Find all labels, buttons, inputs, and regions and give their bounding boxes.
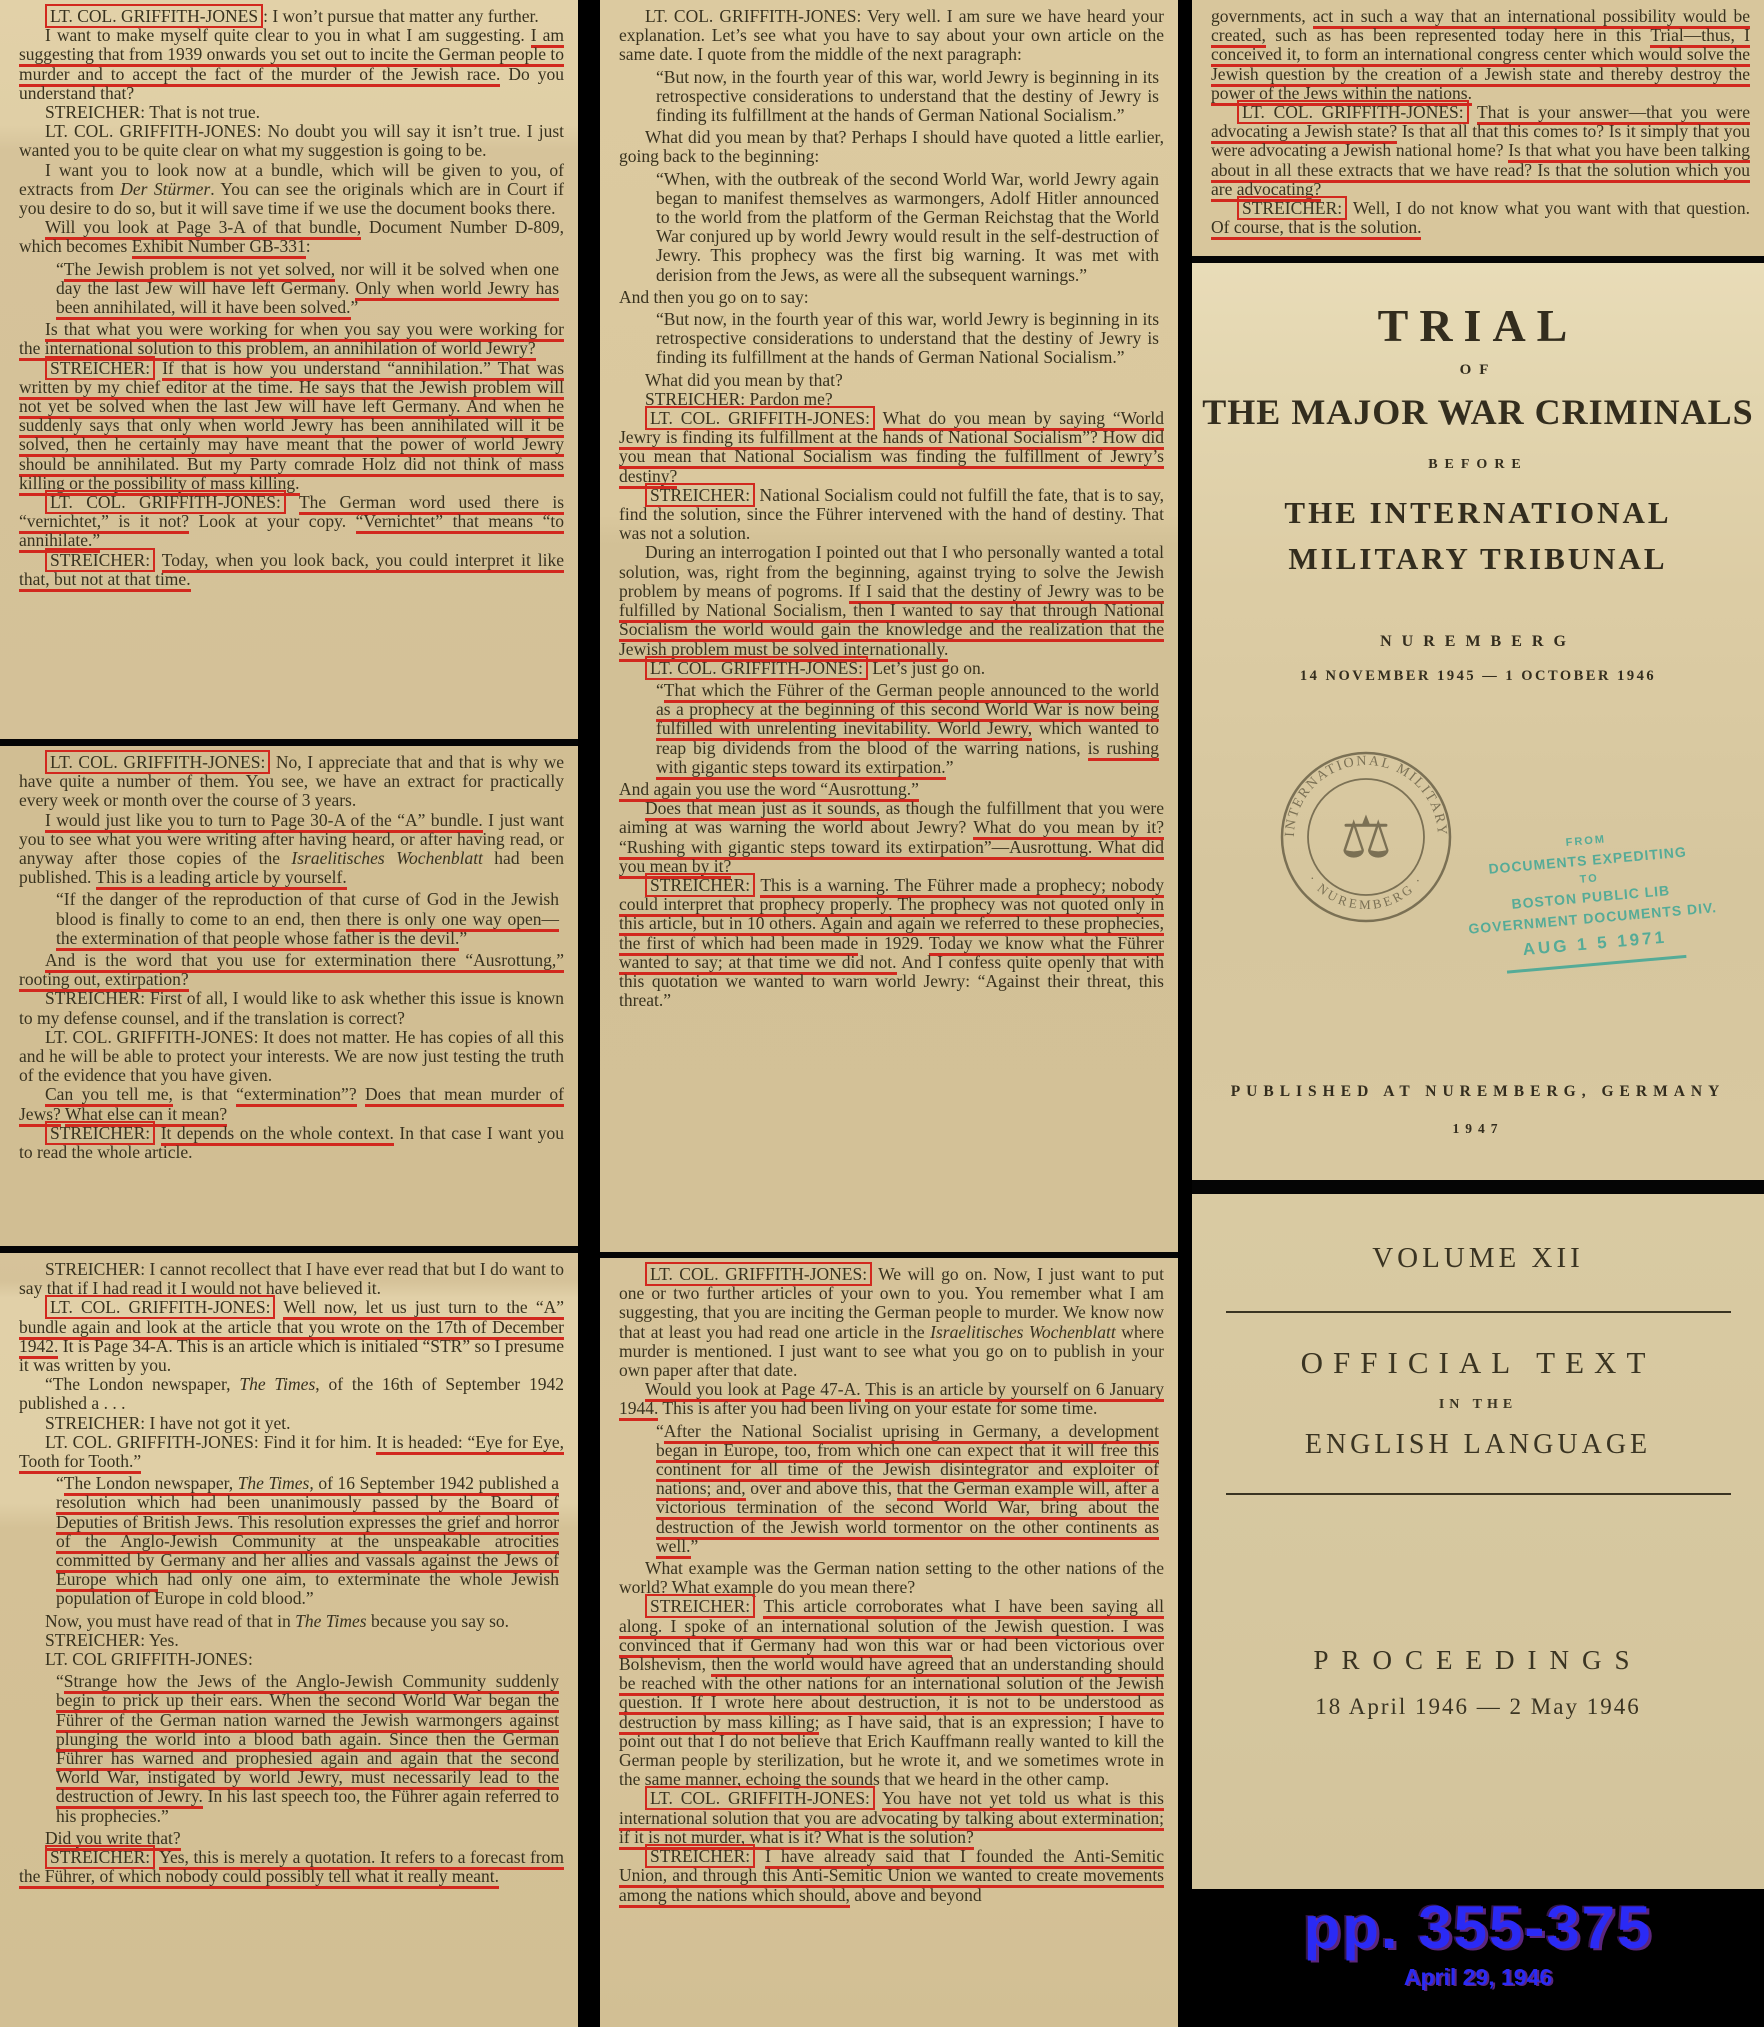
- text-segment: STREICHER: I cannot recollect that I hav…: [19, 1259, 564, 1298]
- transcript-paragraph: LT. COL. GRIFFITH-JONES: No, I appreciat…: [19, 753, 564, 811]
- transcript-paragraph: STREICHER: Yes, this is merely a quotati…: [19, 1848, 564, 1886]
- text-segment: “But now, in the fourth year of this war…: [656, 309, 1159, 367]
- scan-page: LT. COL. GRIFFITH-JONES: Very well. I am…: [600, 0, 1178, 1252]
- transcript-paragraph: STREICHER: I have already said that I fo…: [619, 1847, 1164, 1905]
- quoted-extract: “But now, in the fourth year of this war…: [656, 310, 1159, 368]
- text-segment: LT. COL GRIFFITH-JONES:: [45, 1649, 253, 1669]
- red-underlined-text: It depends on the whole context.: [161, 1123, 394, 1146]
- svg-text:⚖: ⚖: [1340, 805, 1392, 870]
- text-segment: [1469, 102, 1477, 122]
- text-segment: The Times: [295, 1611, 366, 1631]
- transcript-paragraph: I would just like you to turn to Page 30…: [19, 811, 564, 888]
- text-segment: What did you mean by that?: [645, 370, 843, 390]
- transcript-column-left: LT. COL. GRIFFITH-JONES: I won’t pursue …: [0, 0, 578, 2027]
- transcript-paragraph: LT. COL. GRIFFITH-JONES: We will go on. …: [619, 1265, 1164, 1380]
- title-page: TRIAL OF THE MAJOR WAR CRIMINALS BEFORE …: [1192, 263, 1764, 1180]
- quoted-extract: “The Jewish problem is not yet solved, n…: [56, 260, 559, 318]
- text-segment: [155, 1123, 161, 1143]
- transcript-paragraph: LT. COL. GRIFFITH-JONES: The German word…: [19, 493, 564, 551]
- transcript-paragraph: Does that mean just as it sounds, as tho…: [619, 799, 1164, 876]
- text-segment: :: [306, 236, 311, 256]
- text-segment: “When, with the outbreak of the second W…: [656, 169, 1159, 285]
- transcript-paragraph: governments, act in such a way that an i…: [1211, 7, 1750, 103]
- transcript-paragraph: STREICHER: I cannot recollect that I hav…: [19, 1260, 564, 1298]
- text-segment: Israelitisches Wochenblatt: [291, 848, 483, 868]
- transcript-paragraph: STREICHER: Yes.: [19, 1631, 564, 1650]
- quoted-extract: “When, with the outbreak of the second W…: [656, 170, 1159, 285]
- title-international: THE INTERNATIONAL: [1192, 495, 1764, 531]
- speaker-name: LT. COL. GRIFFITH-JONES:: [645, 656, 868, 680]
- page-range-label: pp. 355-375: [1192, 1889, 1764, 1962]
- text-segment: Let’s just go on.: [868, 658, 985, 678]
- transcript-paragraph: LT. COL. GRIFFITH-JONES: That is your an…: [1211, 103, 1750, 199]
- page-range-footer: pp. 355-375 April 29, 1946: [1192, 1889, 1764, 2027]
- transcript-paragraph: And then you go on to say:: [619, 288, 1164, 307]
- right-panel: governments, act in such a way that an i…: [1192, 0, 1764, 2027]
- speaker-name: STREICHER:: [645, 1594, 755, 1618]
- transcript-paragraph: Would you look at Page 47-A. This is an …: [619, 1380, 1164, 1418]
- library-stamp: FROM DOCUMENTS EXPEDITING TO BOSTON PUBL…: [1421, 819, 1761, 980]
- text-segment: [755, 1846, 765, 1866]
- text-segment: “: [56, 1473, 64, 1493]
- text-segment: The Times: [239, 1374, 315, 1394]
- transcript-paragraph: LT. COL. GRIFFITH-JONES: I won’t pursue …: [19, 7, 564, 26]
- text-segment: Israelitisches Wochenblatt: [930, 1322, 1116, 1342]
- red-underlined-text: Of course, that is the solution.: [1211, 217, 1421, 240]
- transcript-column-middle: LT. COL. GRIFFITH-JONES: Very well. I am…: [600, 0, 1178, 2027]
- text-segment: : I won’t pursue that matter any further…: [263, 6, 539, 26]
- text-segment: LT. COL. GRIFFITH-JONES: Find it for him…: [45, 1432, 376, 1452]
- text-segment: LT. COL. GRIFFITH-JONES: No doubt you wi…: [19, 121, 564, 160]
- text-segment: such as has been represented today here …: [1266, 25, 1651, 45]
- text-segment: What example was the German nation setti…: [619, 1558, 1164, 1597]
- transcript-paragraph: I want you to look now at a bundle, whic…: [19, 161, 564, 219]
- transcript-paragraph: STREICHER: This is a warning. The Führer…: [619, 876, 1164, 1010]
- text-segment: It is Page 34-A. This is an article whic…: [19, 1336, 564, 1375]
- title-trial: TRIAL: [1192, 263, 1764, 352]
- volume-proceedings: PROCEEDINGS: [1192, 1645, 1764, 1676]
- text-segment: ”: [459, 928, 467, 948]
- volume-language: ENGLISH LANGUAGE: [1192, 1429, 1764, 1461]
- text-segment: “: [56, 259, 64, 279]
- quoted-extract: “That which the Führer of the German peo…: [656, 681, 1159, 777]
- page-separator: [1192, 1180, 1764, 1194]
- transcript-paragraph: Now, you must have read of that in The T…: [19, 1612, 564, 1631]
- transcript-paragraph: STREICHER: That is not true.: [19, 103, 564, 122]
- title-major-war-criminals: THE MAJOR WAR CRIMINALS: [1192, 391, 1764, 433]
- speaker-name: LT. COL. GRIFFITH-JONES:: [45, 1295, 275, 1319]
- text-segment: What did you mean by that? Perhaps I sho…: [619, 127, 1164, 166]
- speaker-name: LT. COL. GRIFFITH-JONES:: [645, 1786, 875, 1810]
- text-segment: “: [656, 680, 664, 700]
- text-segment: “: [56, 1671, 64, 1691]
- text-segment: because you say so.: [367, 1611, 509, 1631]
- transcript-paragraph: And is the word that you use for extermi…: [19, 951, 564, 989]
- text-segment: Well, I do not know what you want with t…: [1347, 198, 1750, 218]
- transcript-paragraph: LT. COL. GRIFFITH-JONES: Well now, let u…: [19, 1298, 564, 1375]
- text-segment: STREICHER: Yes.: [45, 1630, 179, 1650]
- transcript-paragraph: STREICHER: I have not got it yet.: [19, 1414, 564, 1433]
- transcript-paragraph: What did you mean by that?: [619, 371, 1164, 390]
- red-underlined-text: And is the word that you use for extermi…: [19, 950, 564, 992]
- transcript-paragraph: Can you tell me, is that “extermination”…: [19, 1085, 564, 1123]
- transcript-paragraph: STREICHER: This article corroborates wha…: [619, 1597, 1164, 1789]
- text-segment: STREICHER: That is not true.: [45, 102, 260, 122]
- transcript-paragraph: STREICHER: First of all, I would like to…: [19, 989, 564, 1027]
- scan-page: governments, act in such a way that an i…: [1192, 0, 1764, 256]
- title-before: BEFORE: [1192, 457, 1764, 473]
- rule-divider: [1226, 1311, 1731, 1313]
- volume-page: VOLUME XII OFFICIAL TEXT IN THE ENGLISH …: [1192, 1194, 1764, 1889]
- scan-page: LT. COL. GRIFFITH-JONES: We will go on. …: [600, 1258, 1178, 2027]
- title-military-tribunal: MILITARY TRIBUNAL: [1192, 541, 1764, 577]
- text-segment: [357, 1084, 365, 1104]
- transcript-paragraph: STREICHER: It depends on the whole conte…: [19, 1124, 564, 1162]
- transcript-paragraph: “The London newspaper, The Times, of the…: [19, 1375, 564, 1413]
- volume-number: VOLUME XII: [1192, 1194, 1764, 1275]
- text-segment: is that: [173, 1084, 236, 1104]
- red-underlined-text: “extermination”?: [236, 1084, 357, 1107]
- text-segment: Look at your copy.: [189, 511, 356, 531]
- volume-official-text: OFFICIAL TEXT: [1192, 1345, 1764, 1381]
- transcript-paragraph: Will you look at Page 3-A of that bundle…: [19, 218, 564, 256]
- text-segment: [875, 408, 883, 428]
- page-separator: [0, 739, 578, 746]
- text-segment: over and above this,: [746, 1478, 897, 1498]
- transcript-paragraph: LT. COL. GRIFFITH-JONES: Let’s just go o…: [619, 659, 1164, 678]
- quoted-extract: “The London newspaper, The Times, of 16 …: [56, 1474, 559, 1608]
- text-segment: [286, 492, 299, 512]
- text-segment: above and beyond: [850, 1885, 982, 1905]
- red-underlined-text: Exhibit Number GB-331: [132, 236, 306, 259]
- red-underlined-text: If that is how you understand “annihilat…: [19, 358, 564, 496]
- transcript-paragraph: STREICHER: Well, I do not know what you …: [1211, 199, 1750, 237]
- text-segment: This is after you had been living on you…: [658, 1398, 1097, 1418]
- quoted-extract: “After the National Socialist uprising i…: [656, 1422, 1159, 1556]
- transcript-paragraph: LT. COL. GRIFFITH-JONES: You have not ye…: [619, 1789, 1164, 1847]
- transcript-paragraph: LT. COL GRIFFITH-JONES:: [19, 1650, 564, 1669]
- text-segment: Der Stürmer: [120, 179, 210, 199]
- text-segment: LT. COL. GRIFFITH-JONES: Very well. I am…: [619, 6, 1164, 64]
- text-segment: STREICHER: First of all, I would like to…: [19, 988, 564, 1027]
- transcript-paragraph: During an interrogation I pointed out th…: [619, 543, 1164, 658]
- transcript-paragraph: STREICHER: Today, when you look back, yo…: [19, 551, 564, 589]
- title-dates: 14 NOVEMBER 1945 — 1 OCTOBER 1946: [1192, 668, 1764, 685]
- text-segment: And then you go on to say:: [619, 287, 809, 307]
- title-of: OF: [1192, 362, 1764, 379]
- title-year: 1947: [1192, 1121, 1764, 1137]
- volume-date-range: 18 April 1946 — 2 May 1946: [1192, 1694, 1764, 1720]
- text-segment: “The London newspaper,: [45, 1374, 239, 1394]
- transcript-paragraph: LT. COL. GRIFFITH-JONES: It does not mat…: [19, 1028, 564, 1086]
- scan-page: LT. COL. GRIFFITH-JONES: I won’t pursue …: [0, 0, 578, 739]
- red-underlined-text: This is a leading article by yourself.: [96, 867, 347, 890]
- text-segment: LT. COL. GRIFFITH-JONES: It does not mat…: [19, 1027, 564, 1085]
- text-segment: ”: [351, 297, 359, 317]
- transcript-paragraph: STREICHER: National Socialism could not …: [619, 486, 1164, 544]
- session-date-label: April 29, 1946: [1192, 1964, 1764, 1991]
- transcript-column-right: governments, act in such a way that an i…: [1192, 0, 1764, 263]
- scanned-trial-document: LT. COL. GRIFFITH-JONES: I won’t pursue …: [0, 0, 1764, 2027]
- text-segment: governments,: [1211, 6, 1313, 26]
- quoted-extract: “If the danger of the reproduction of th…: [56, 890, 559, 948]
- page-separator: [1192, 256, 1764, 263]
- transcript-paragraph: What example was the German nation setti…: [619, 1559, 1164, 1597]
- quoted-extract: “But now, in the fourth year of this war…: [656, 68, 1159, 126]
- text-segment: in 1929.: [858, 933, 929, 953]
- svg-text:· NUREMBERG ·: · NUREMBERG ·: [1305, 872, 1427, 912]
- text-segment: STREICHER: I have not got it yet.: [45, 1413, 290, 1433]
- scan-page: LT. COL. GRIFFITH-JONES: No, I appreciat…: [0, 746, 578, 1246]
- transcript-paragraph: What did you mean by that? Perhaps I sho…: [619, 128, 1164, 166]
- title-city: NUREMBERG: [1192, 633, 1764, 651]
- text-segment: [155, 550, 162, 570]
- transcript-paragraph: Is that what you were working for when y…: [19, 320, 564, 358]
- text-segment: Now, you must have read of that in: [45, 1611, 295, 1631]
- transcript-paragraph: I want to make myself quite clear to you…: [19, 26, 564, 103]
- text-segment: “But now, in the fourth year of this war…: [656, 67, 1159, 125]
- text-segment: “: [656, 1421, 664, 1441]
- text-segment: ”: [946, 757, 954, 777]
- quoted-extract: “Strange how the Jews of the Anglo-Jewis…: [56, 1672, 559, 1826]
- rule-divider: [1226, 1493, 1731, 1495]
- transcript-paragraph: And again you use the word “Ausrottung.”: [619, 780, 1164, 799]
- scan-page: STREICHER: I cannot recollect that I hav…: [0, 1253, 578, 2027]
- title-published-line: PUBLISHED AT NUREMBERG, GERMANY: [1192, 1083, 1764, 1101]
- transcript-paragraph: STREICHER: If that is how you understand…: [19, 359, 564, 493]
- volume-in-the: IN THE: [1192, 1397, 1764, 1413]
- page-separator: [0, 1246, 578, 1253]
- text-segment: ”: [691, 1536, 699, 1556]
- transcript-paragraph: LT. COL. GRIFFITH-JONES: Find it for him…: [19, 1433, 564, 1471]
- transcript-paragraph: LT. COL. GRIFFITH-JONES: What do you mea…: [619, 409, 1164, 486]
- transcript-paragraph: LT. COL. GRIFFITH-JONES: No doubt you wi…: [19, 122, 564, 160]
- text-segment: I want to make myself quite clear to you…: [45, 25, 531, 45]
- transcript-paragraph: LT. COL. GRIFFITH-JONES: Very well. I am…: [619, 7, 1164, 65]
